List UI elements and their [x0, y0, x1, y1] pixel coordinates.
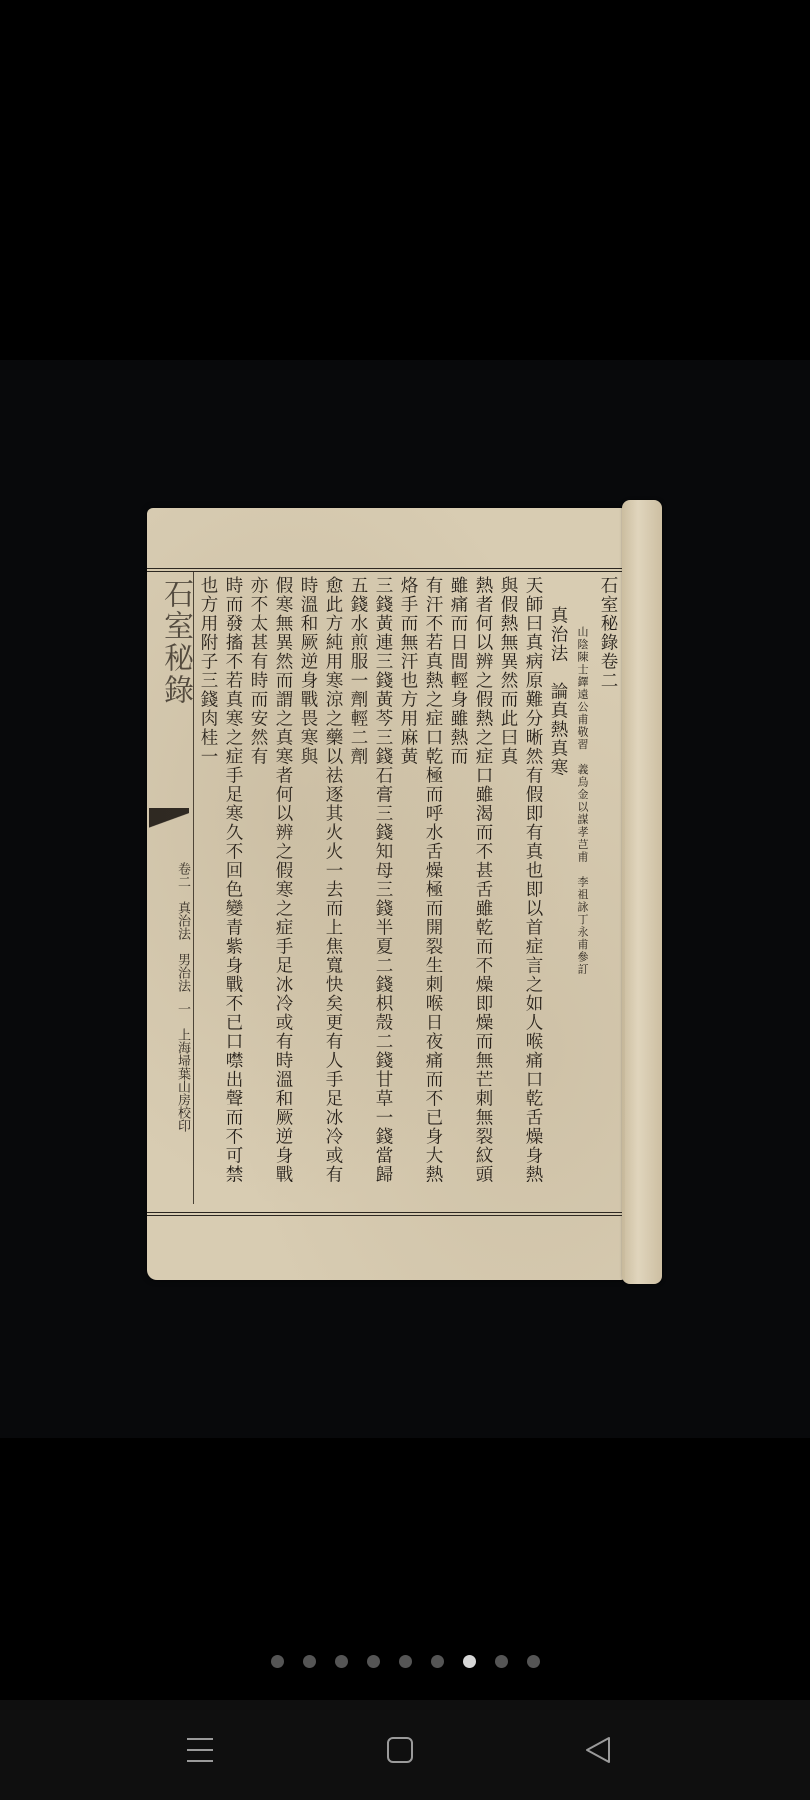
- text-column: 熱者何以辨之假熱之症口雖渴而不甚舌雖乾而不燥即燥而無芒刺無裂紋頭雖痛而日間輕身雖…: [445, 576, 495, 1200]
- edge-title: 石室秘錄: [153, 578, 197, 706]
- page-margin-column: 石室秘錄 卷二 真治法 男治法 一 上海埽葉山房校印: [149, 572, 194, 1204]
- page-dot[interactable]: [303, 1655, 316, 1668]
- text-column: 假寒無異然而謂之真寒者何以辨之假寒之症手足冰冷或有時溫和厥逆身戰亦不太甚有時而安…: [245, 576, 295, 1200]
- page-dot[interactable]: [271, 1655, 284, 1668]
- page-text: 石室秘錄卷二 山陰陳士鐸遠公甫敬習 義烏金以謀孝芑甫 李祖詠丁永甫參訂 真治法 …: [195, 576, 620, 1200]
- edge-volume: 卷二 真治法 男治法: [173, 862, 192, 992]
- fishtail-mark: [149, 808, 189, 832]
- menu-lines-icon: [186, 1736, 214, 1764]
- edge-publisher: 一 上海埽葉山房校印: [173, 1002, 192, 1132]
- text-column: 有汗不若真熱之症口乾極而呼水舌燥極而開裂生刺喉日夜痛而不已身大熱烙手而無汗也方用…: [395, 576, 445, 1200]
- home-button[interactable]: [382, 1732, 418, 1768]
- page-dot[interactable]: [495, 1655, 508, 1668]
- book-page: 石室秘錄 卷二 真治法 男治法 一 上海埽葉山房校印 石室秘錄卷二 山陰陳士鐸遠…: [147, 508, 625, 1280]
- page-dot[interactable]: [431, 1655, 444, 1668]
- system-nav-bar: [0, 1700, 810, 1800]
- book-spine: [622, 500, 662, 1284]
- back-button[interactable]: [580, 1732, 616, 1768]
- square-icon: [386, 1736, 414, 1764]
- page-dot[interactable]: [335, 1655, 348, 1668]
- page-dot[interactable]: [527, 1655, 540, 1668]
- running-header: 石室秘錄卷二: [595, 576, 620, 1200]
- author-line: 山陰陳士鐸遠公甫敬習 義烏金以謀孝芑甫 李祖詠丁永甫參訂: [570, 576, 595, 1200]
- page-dot-active[interactable]: [463, 1655, 476, 1668]
- text-column: 真治法 論真熱真寒: [545, 576, 570, 1200]
- page-indicator: [0, 1655, 810, 1671]
- photo-viewer-image[interactable]: 石室秘錄 卷二 真治法 男治法 一 上海埽葉山房校印 石室秘錄卷二 山陰陳士鐸遠…: [0, 360, 810, 1438]
- triangle-back-icon: [584, 1736, 612, 1764]
- text-column: 時而發搐不若真寒之症手足寒久不回色變青紫身戰不已口噤出聲而不可禁也方用附子三錢肉…: [195, 576, 245, 1200]
- text-column: 三錢黃連三錢黃芩三錢石膏三錢知母三錢半夏二錢枳殼二錢甘草一錢當歸五錢水煎服一劑輕…: [345, 576, 395, 1200]
- text-column: 天師曰真病原難分晰然有假即有真也即以首症言之如人喉痛口乾舌燥身熱與假熱無異然而此…: [495, 576, 545, 1200]
- page-dot[interactable]: [399, 1655, 412, 1668]
- recents-button[interactable]: [182, 1732, 218, 1768]
- text-column: 愈此方純用寒涼之藥以祛逐其火火一去而上焦寬快矣更有人手足冰冷或有時溫和厥逆身戰畏…: [295, 576, 345, 1200]
- page-dot[interactable]: [367, 1655, 380, 1668]
